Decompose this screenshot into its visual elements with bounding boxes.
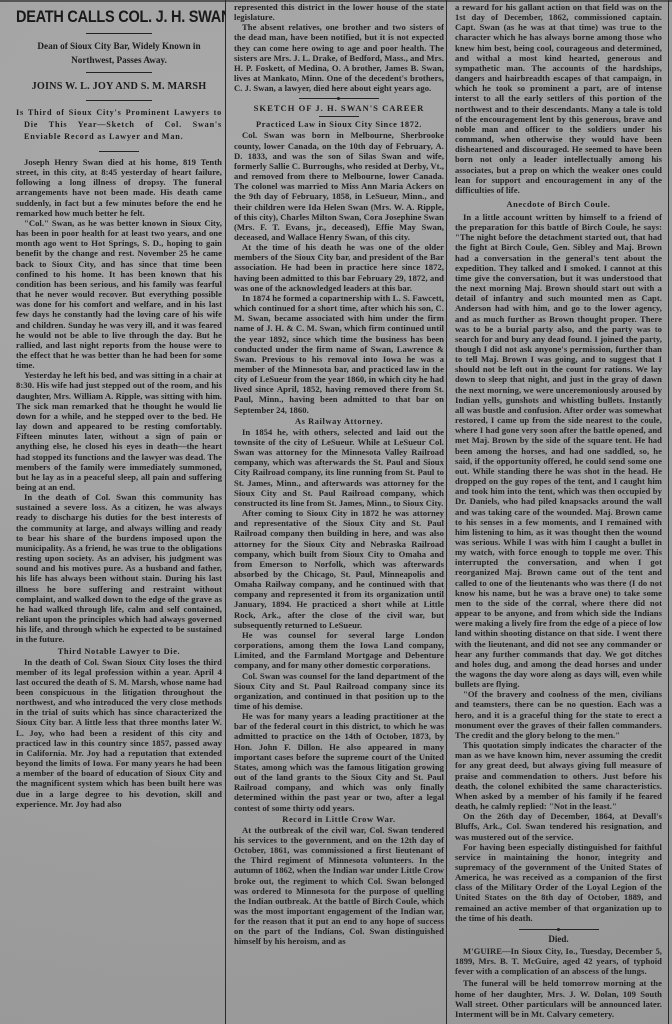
- newspaper-page: DEATH CALLS COL. J. H. SWAN Dean of Siou…: [0, 0, 672, 1024]
- paragraph: At the outbreak of the civil war, Col. S…: [234, 825, 444, 947]
- paragraph: Col. Swan was counsel for the land depar…: [234, 671, 444, 712]
- divider: [86, 33, 152, 34]
- paragraph: "Of the bravery and coolness of the men,…: [455, 689, 662, 740]
- deck-1: Dean of Sioux City Bar, Widely Known in …: [16, 39, 222, 67]
- obituary-paragraph: The funeral will be held tomorrow mornin…: [455, 978, 662, 1019]
- paragraph: Joseph Henry Swan died at his home, 819 …: [16, 157, 222, 218]
- paragraph: This quotation simply indicates the char…: [455, 740, 662, 811]
- paragraph: At the time of his death he was one of t…: [234, 242, 444, 293]
- paragraph: In 1874 he formed a copartnership with L…: [234, 293, 444, 415]
- column-1: DEATH CALLS COL. J. H. SWAN Dean of Siou…: [0, 0, 226, 1024]
- paragraph: In the death of Col. Swan Sioux City los…: [16, 657, 222, 809]
- divider: [299, 98, 379, 99]
- paragraph: In a little account written by himself t…: [455, 212, 662, 689]
- subheading: Practiced Law in Sioux City Since 1872.: [234, 120, 444, 129]
- divider: [519, 929, 599, 930]
- section-heading: SKETCH OF J. H. SWAN'S CAREER: [234, 103, 444, 113]
- subheading: Third Notable Lawyer to Die.: [16, 647, 222, 656]
- divider: [99, 151, 139, 152]
- subheading: Record in Little Crow War.: [234, 815, 444, 824]
- divider: [86, 100, 152, 101]
- paragraph: a reward for his gallant action on that …: [455, 2, 662, 195]
- column-2: represented this district in the lower h…: [226, 0, 448, 1024]
- obituary-heading: Died.: [455, 934, 662, 944]
- deck-2: JOINS W. L. JOY AND S. M. MARSH: [16, 81, 222, 92]
- divider: [86, 72, 152, 73]
- paragraph: Col. Swan was born in Melbourne, Sherbro…: [234, 130, 444, 242]
- subheading: Anecdote of Birch Coule.: [455, 200, 662, 209]
- paragraph: The absent relatives, one brother and tw…: [234, 22, 444, 93]
- paragraph: In 1854 he, with others, selected and la…: [234, 427, 444, 508]
- paragraph: On the 26th day of December, 1864, at De…: [455, 811, 662, 841]
- paragraph: He was for many years a leading practiti…: [234, 711, 444, 813]
- paragraph: In the death of Col. Swan this community…: [16, 492, 222, 644]
- paragraph: Yesterday he left his bed, and was sitti…: [16, 370, 222, 492]
- obituary-paragraph: M'GUIRE—In Sioux City, Io., Tuesday, Dec…: [455, 946, 662, 976]
- paragraph: He was counsel for several large London …: [234, 630, 444, 671]
- column-3: a reward for his gallant action on that …: [448, 0, 672, 1024]
- paragraph: represented this district in the lower h…: [234, 2, 444, 22]
- deck-3: Is Third of Sioux City's Prominent Lawye…: [16, 107, 222, 143]
- headline: DEATH CALLS COL. J. H. SWAN: [16, 8, 197, 27]
- divider: [319, 116, 359, 117]
- paragraph: "Col." Swan, as he was better known in S…: [16, 218, 222, 370]
- subheading: As Railway Attorney.: [234, 417, 444, 426]
- paragraph: After coming to Sioux City in 1872 he wa…: [234, 508, 444, 630]
- paragraph: For having been especially distinguished…: [455, 842, 662, 923]
